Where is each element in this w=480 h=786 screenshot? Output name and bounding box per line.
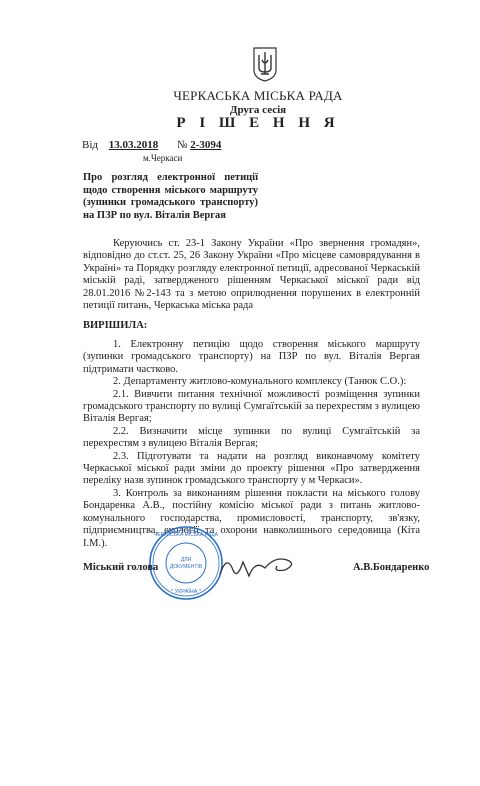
date-label: Від bbox=[82, 139, 98, 151]
decision-date: 13.03.2018 bbox=[109, 139, 159, 151]
number-label: № bbox=[177, 139, 188, 151]
organization-name: ЧЕРКАСЬКА МІСЬКА РАДА bbox=[0, 88, 480, 104]
svg-text:ДОКУМЕНТІВ: ДОКУМЕНТІВ bbox=[170, 564, 203, 570]
preamble: Керуючись ст. 23-1 Закону України «Про з… bbox=[83, 238, 420, 312]
svg-text:ЧЕРКАСЬКА МІСЬКА РАДА: ЧЕРКАСЬКА МІСЬКА РАДА bbox=[154, 532, 219, 538]
city: м.Черкаси bbox=[143, 153, 182, 163]
decision-subject: Про розгляд електронної петиції щодо ств… bbox=[83, 172, 258, 222]
signatory-name: А.В.Бондаренко bbox=[353, 562, 429, 573]
handwritten-signature bbox=[215, 552, 305, 582]
decision-items: 1. Електронну петицію щодо створення міс… bbox=[83, 339, 420, 550]
official-stamp: ДЛЯ ДОКУМЕНТІВ * УКРАЇНА * ЧЕРКАСЬКА МІС… bbox=[148, 525, 224, 601]
decision-item: 2.1. Вивчити питання технічної можливост… bbox=[83, 389, 420, 426]
date-number-line: Від 13.03.2018 № 2-3094 bbox=[82, 139, 158, 151]
decision-item: 2. Департаменту житлово-комунального ком… bbox=[83, 376, 420, 388]
decision-item: 1. Електронну петицію щодо створення міс… bbox=[83, 339, 420, 376]
svg-text:ДЛЯ: ДЛЯ bbox=[181, 557, 192, 563]
document-page: ЧЕРКАСЬКА МІСЬКА РАДА Друга сесія Р І Ш … bbox=[0, 0, 480, 786]
number-block: № 2-3094 bbox=[177, 139, 221, 151]
decision-number: 2-3094 bbox=[190, 139, 221, 151]
svg-text:* УКРАЇНА *: * УКРАЇНА * bbox=[171, 588, 202, 595]
decision-item: 2.2. Визначити місце зупинки по вулиці С… bbox=[83, 426, 420, 451]
resolved-label: ВИРІШИЛА: bbox=[83, 320, 147, 331]
ukraine-trident-icon bbox=[252, 46, 278, 82]
decision-item: 2.3. Підготувати та надати на розгляд ви… bbox=[83, 451, 420, 488]
signatory-position: Міський голова bbox=[83, 562, 158, 573]
document-title: Р І Ш Е Н Н Я bbox=[0, 115, 480, 132]
decision-item: 3. Контроль за виконанням рішення поклас… bbox=[83, 488, 420, 550]
